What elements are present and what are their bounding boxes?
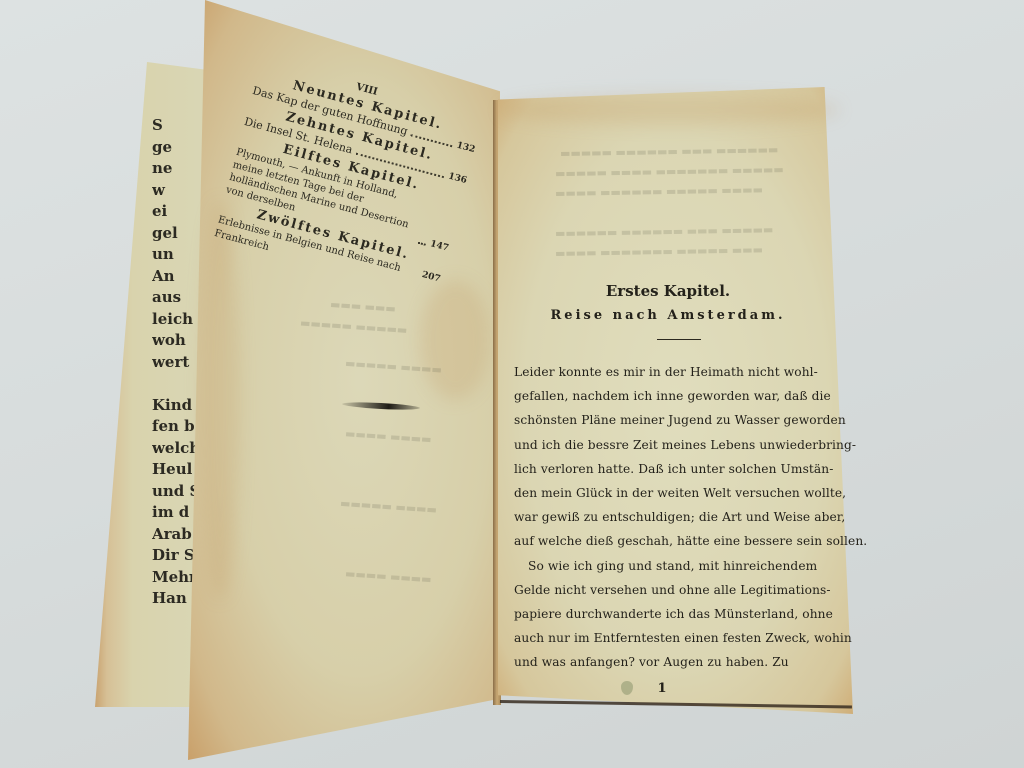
photo-scene: S ge ne w ei gel un An aus leich woh wer… <box>0 0 1024 768</box>
body-line: Leider konnte es mir in der Heimath nich… <box>514 360 804 384</box>
body-line: den mein Glück in der weiten Welt versuc… <box>514 481 804 505</box>
back-line: welch <box>152 438 202 460</box>
body-line: auch nur im Entferntesten einen festen Z… <box>514 626 804 650</box>
body-line: schönsten Pläne meiner Jugend zu Wasser … <box>514 408 804 432</box>
body-line: war gewiß zu entschuldigen; die Art und … <box>514 505 804 529</box>
back-line: wert <box>152 352 202 374</box>
back-line: An <box>152 266 202 288</box>
chapter-title: Erstes Kapitel. <box>532 282 804 300</box>
back-line <box>152 373 202 395</box>
body-line: Gelde nicht versehen und ohne alle Legit… <box>514 578 804 602</box>
chapter-subtitle: Reise nach Amsterdam. <box>532 308 804 323</box>
body-line: und ich die bessre Zeit meines Lebens un… <box>514 433 804 457</box>
title-rule <box>657 339 701 340</box>
back-line: ne <box>152 158 202 180</box>
back-line: aus <box>152 287 202 309</box>
back-line: gel <box>152 223 202 245</box>
body-line: auf welche dieß geschah, hätte eine bess… <box>514 529 804 553</box>
back-line: S <box>152 115 202 137</box>
chapter-content: Erstes Kapitel. Reise nach Amsterdam. Le… <box>514 282 804 696</box>
edge-stain <box>200 200 240 600</box>
back-line: fen b <box>152 416 202 438</box>
back-line: ge <box>152 137 202 159</box>
page-number: 1 <box>642 681 682 696</box>
back-line: woh <box>152 330 202 352</box>
body-line: lich verloren hatte. Daß ich unter solch… <box>514 457 804 481</box>
back-line: un <box>152 244 202 266</box>
back-line: leich <box>152 309 202 331</box>
back-line: w <box>152 180 202 202</box>
body-line: und was anfangen? vor Augen zu haben. Zu <box>514 650 804 674</box>
body-line: So wie ich ging und stand, mit hinreiche… <box>514 554 804 578</box>
leader-dots <box>418 242 426 246</box>
back-line: ei <box>152 201 202 223</box>
body-line: gefallen, nachdem ich inne geworden war,… <box>514 384 804 408</box>
body-line: papiere durchwanderte ich das Münsterlan… <box>514 602 804 626</box>
chapter-body: Leider konnte es mir in der Heimath nich… <box>514 360 804 675</box>
top-edge-stain <box>500 95 840 125</box>
back-line: Kind <box>152 395 202 417</box>
